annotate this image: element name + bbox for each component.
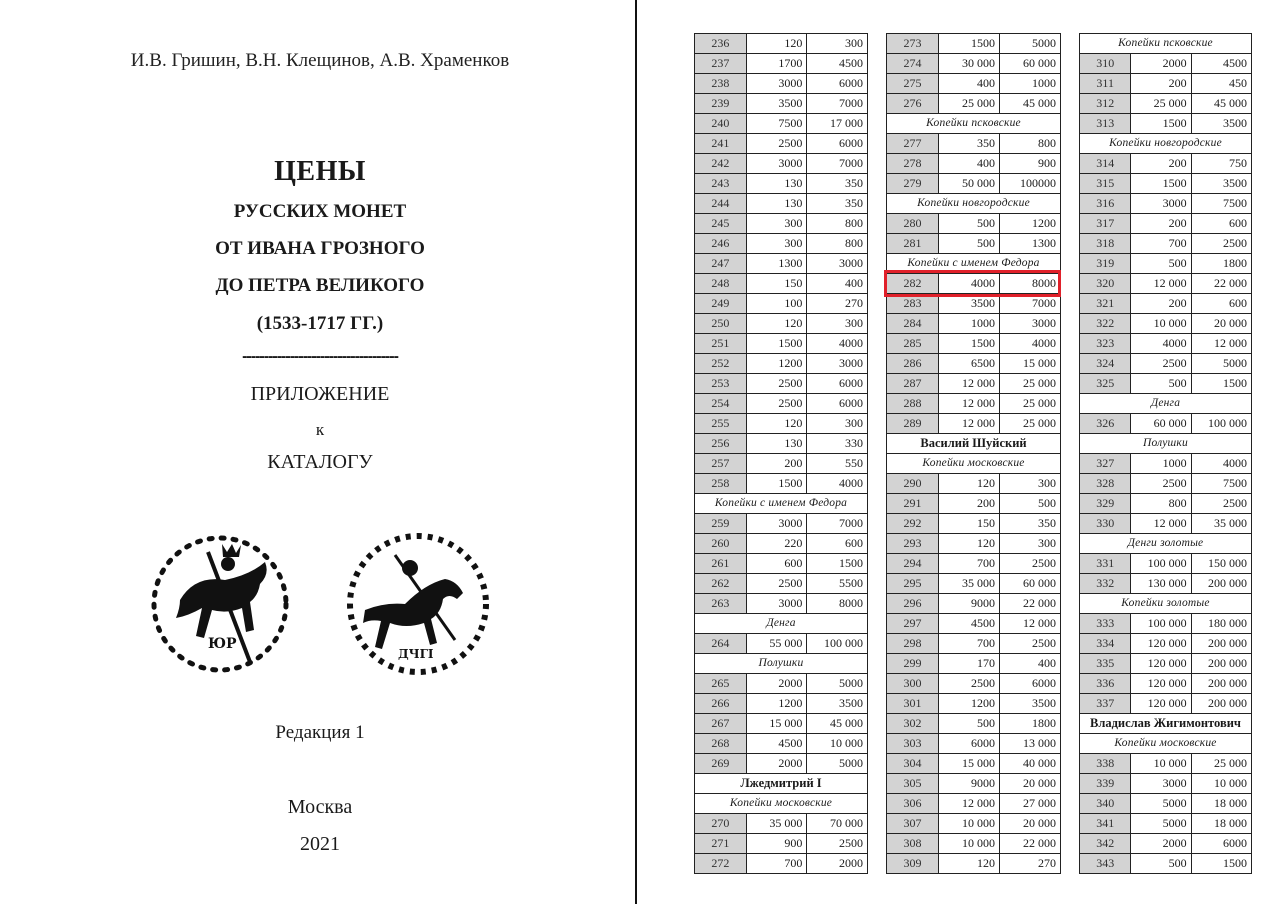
table-row: 3255001500	[1080, 374, 1252, 394]
price-low: 5000	[1131, 814, 1191, 834]
price-high: 750	[1191, 154, 1251, 174]
price-high: 5000	[1000, 34, 1061, 54]
catalog-number: 302	[887, 714, 939, 734]
price-low: 120	[746, 314, 807, 334]
catalog-number: 317	[1080, 214, 1131, 234]
table-row: 28240008000	[887, 274, 1061, 294]
price-low: 120	[746, 414, 807, 434]
price-high: 45 000	[1191, 94, 1251, 114]
price-high: 100 000	[807, 634, 868, 654]
table-row: 290120300	[887, 474, 1061, 494]
price-low: 120	[939, 474, 1000, 494]
catalog-number: 303	[887, 734, 939, 754]
price-low: 300	[746, 234, 807, 254]
table-row: 25930007000	[695, 514, 868, 534]
catalog-number: 266	[695, 694, 747, 714]
catalog-number: 318	[1080, 234, 1131, 254]
table-row: 28515004000	[887, 334, 1061, 354]
price-low: 2000	[746, 754, 807, 774]
price-low: 1500	[746, 474, 807, 494]
price-high: 1500	[807, 554, 868, 574]
ruler-heading: Лжедмитрий I	[695, 774, 868, 794]
catalog-number: 271	[695, 834, 747, 854]
catalog-number: 249	[695, 294, 747, 314]
catalog-number: 319	[1080, 254, 1131, 274]
section-row: Копейки золотые	[1080, 594, 1252, 614]
price-high: 300	[1000, 474, 1061, 494]
price-high: 7000	[807, 154, 868, 174]
section-row: Денга	[695, 614, 868, 634]
table-row: 25115004000	[695, 334, 868, 354]
catalog-number: 273	[887, 34, 939, 54]
catalog-number: 343	[1080, 854, 1131, 874]
separator: ------------------------------------	[0, 348, 640, 366]
table-row: 314200750	[1080, 154, 1252, 174]
price-high: 35 000	[1191, 514, 1251, 534]
subtitle-line-2: ОТ ИВАНА ГРОЗНОГО	[0, 238, 640, 260]
table-row: 236120300	[695, 34, 868, 54]
price-low: 500	[1131, 254, 1191, 274]
catalog-number: 331	[1080, 554, 1131, 574]
section-heading: Денга	[695, 614, 868, 634]
price-low: 800	[1131, 494, 1191, 514]
appendix-label: ПРИЛОЖЕНИЕ	[0, 383, 640, 406]
catalog-number: 321	[1080, 294, 1131, 314]
table-row: 250120300	[695, 314, 868, 334]
catalog-number: 312	[1080, 94, 1131, 114]
catalog-number: 336	[1080, 674, 1131, 694]
price-low: 120 000	[1131, 674, 1191, 694]
price-low: 700	[746, 854, 807, 874]
price-high: 100000	[1000, 174, 1061, 194]
catalog-number: 304	[887, 754, 939, 774]
price-high: 25 000	[1000, 394, 1061, 414]
price-high: 7000	[1000, 294, 1061, 314]
table-row: 24230007000	[695, 154, 868, 174]
price-low: 120 000	[1131, 694, 1191, 714]
section-heading: Копейки псковские	[887, 114, 1061, 134]
section-row: Копейки новгородские	[887, 194, 1061, 214]
coin-illustrations: ЮР ДЧГІ	[150, 530, 495, 680]
catalog-number: 279	[887, 174, 939, 194]
price-high: 1800	[1191, 254, 1251, 274]
catalog-number: 323	[1080, 334, 1131, 354]
catalog-number: 274	[887, 54, 939, 74]
table-row: 299170400	[887, 654, 1061, 674]
price-high: 500	[1000, 494, 1061, 514]
price-high: 200 000	[1191, 654, 1251, 674]
table-row: 2987002500	[887, 634, 1061, 654]
table-row: 334120 000200 000	[1080, 634, 1252, 654]
section-heading: Копейки московские	[695, 794, 868, 814]
table-row: 331100 000150 000	[1080, 554, 1252, 574]
price-low: 3500	[746, 94, 807, 114]
catalog-number: 284	[887, 314, 939, 334]
section-heading: Копейки московские	[1080, 734, 1252, 754]
table-row: 32710004000	[1080, 454, 1252, 474]
table-row: 309120270	[887, 854, 1061, 874]
catalog-number: 339	[1080, 774, 1131, 794]
section-heading: Копейки с именем Федора	[887, 254, 1061, 274]
table-row: 26612003500	[695, 694, 868, 714]
price-low: 1700	[746, 54, 807, 74]
table-row: 248150400	[695, 274, 868, 294]
catalog-number: 282	[887, 274, 939, 294]
catalog-number: 296	[887, 594, 939, 614]
price-high: 60 000	[1000, 54, 1061, 74]
price-high: 800	[1000, 134, 1061, 154]
price-low: 3500	[939, 294, 1000, 314]
price-high: 900	[1000, 154, 1061, 174]
price-low: 7500	[746, 114, 807, 134]
table-row: 303600013 000	[887, 734, 1061, 754]
table-row: 31020004500	[1080, 54, 1252, 74]
catalog-number: 301	[887, 694, 939, 714]
price-high: 7500	[1191, 194, 1251, 214]
price-high: 6000	[1191, 834, 1251, 854]
price-high: 600	[807, 534, 868, 554]
ruler-row: Лжедмитрий I	[695, 774, 868, 794]
section-heading: Копейки новгородские	[1080, 134, 1252, 154]
price-low: 10 000	[939, 834, 1000, 854]
catalog-number: 326	[1080, 414, 1131, 434]
price-low: 100 000	[1131, 554, 1191, 574]
price-high: 13 000	[1000, 734, 1061, 754]
catalog-number: 247	[695, 254, 747, 274]
price-low: 2500	[1131, 474, 1191, 494]
price-low: 50 000	[939, 174, 1000, 194]
catalog-number: 295	[887, 574, 939, 594]
price-high: 5000	[807, 754, 868, 774]
catalog-number: 237	[695, 54, 747, 74]
catalog-number: 338	[1080, 754, 1131, 774]
price-low: 3000	[746, 154, 807, 174]
price-high: 6000	[807, 394, 868, 414]
price-low: 4000	[939, 274, 1000, 294]
price-low: 1300	[746, 254, 807, 274]
price-high: 12 000	[1191, 334, 1251, 354]
price-high: 10 000	[807, 734, 868, 754]
table-row: 28812 00025 000	[887, 394, 1061, 414]
price-high: 22 000	[1000, 834, 1061, 854]
catalog-number: 300	[887, 674, 939, 694]
price-low: 25 000	[1131, 94, 1191, 114]
price-high: 2500	[1000, 554, 1061, 574]
table-row: 240750017 000	[695, 114, 868, 134]
price-high: 5000	[807, 674, 868, 694]
price-high: 7000	[807, 94, 868, 114]
price-low: 400	[939, 74, 1000, 94]
price-high: 7500	[1191, 474, 1251, 494]
price-low: 130 000	[1131, 574, 1191, 594]
table-row: 333100 000180 000	[1080, 614, 1252, 634]
catalog-number: 315	[1080, 174, 1131, 194]
price-high: 60 000	[1000, 574, 1061, 594]
table-row: 249100270	[695, 294, 868, 314]
table-row: 28335007000	[887, 294, 1061, 314]
title-page: И.В. Гришин, В.Н. Клещинов, А.В. Храменк…	[0, 0, 635, 904]
price-high: 22 000	[1000, 594, 1061, 614]
price-low: 150	[939, 514, 1000, 534]
price-high: 27 000	[1000, 794, 1061, 814]
table-row: 277350800	[887, 134, 1061, 154]
catalog-number: 334	[1080, 634, 1131, 654]
price-high: 18 000	[1191, 794, 1251, 814]
price-low: 350	[939, 134, 1000, 154]
price-high: 2500	[1191, 234, 1251, 254]
table-row: 336120 000200 000	[1080, 674, 1252, 694]
price-high: 4500	[1191, 54, 1251, 74]
subtitle-years: (1533-1717 ГГ.)	[0, 313, 640, 335]
price-low: 500	[939, 714, 1000, 734]
catalog-number: 253	[695, 374, 747, 394]
price-low: 9000	[939, 594, 1000, 614]
catalog-number: 297	[887, 614, 939, 634]
price-high: 12 000	[1000, 614, 1061, 634]
price-low: 700	[1131, 234, 1191, 254]
section-row: Копейки с именем Федора	[887, 254, 1061, 274]
table-row: 28410003000	[887, 314, 1061, 334]
price-high: 180 000	[1191, 614, 1251, 634]
table-row: 29535 00060 000	[887, 574, 1061, 594]
authors: И.В. Гришин, В.Н. Клещинов, А.В. Храменк…	[0, 50, 640, 72]
table-row: 337120 000200 000	[1080, 694, 1252, 714]
table-row: 25815004000	[695, 474, 868, 494]
catalog-number: 322	[1080, 314, 1131, 334]
catalog-number: 260	[695, 534, 747, 554]
catalog-number: 241	[695, 134, 747, 154]
catalog-number: 248	[695, 274, 747, 294]
price-low: 9000	[939, 774, 1000, 794]
table-row: 27950 000100000	[887, 174, 1061, 194]
price-high: 20 000	[1191, 314, 1251, 334]
catalog-number: 305	[887, 774, 939, 794]
subtitle-line-1: РУССКИХ МОНЕТ	[0, 201, 640, 223]
table-row: 32012 00022 000	[1080, 274, 1252, 294]
price-low: 4500	[746, 734, 807, 754]
price-high: 270	[807, 294, 868, 314]
price-low: 60 000	[1131, 414, 1191, 434]
table-row: 335120 000200 000	[1080, 654, 1252, 674]
table-row: 255120300	[695, 414, 868, 434]
catalog-number: 276	[887, 94, 939, 114]
table-row: 27315005000	[887, 34, 1061, 54]
table-row: 31225 00045 000	[1080, 94, 1252, 114]
table-row: 3187002500	[1080, 234, 1252, 254]
price-low: 12 000	[1131, 514, 1191, 534]
section-row: Полушки	[1080, 434, 1252, 454]
price-low: 30 000	[939, 54, 1000, 74]
price-high: 300	[807, 314, 868, 334]
price-high: 25 000	[1191, 754, 1251, 774]
table-row: 27625 00045 000	[887, 94, 1061, 114]
table-row: 341500018 000	[1080, 814, 1252, 834]
catalog-number: 341	[1080, 814, 1131, 834]
price-low: 2500	[746, 574, 807, 594]
price-table-2: 2731500500027430 00060 00027540010002762…	[886, 33, 1061, 874]
preposition: к	[0, 420, 640, 440]
catalog-number: 272	[695, 854, 747, 874]
table-row: 2616001500	[695, 554, 868, 574]
price-high: 25 000	[1000, 374, 1061, 394]
price-low: 12 000	[1131, 274, 1191, 294]
table-row: 25425006000	[695, 394, 868, 414]
price-high: 4000	[1191, 454, 1251, 474]
price-high: 1800	[1000, 714, 1061, 734]
price-low: 2000	[1131, 834, 1191, 854]
catalog-number: 243	[695, 174, 747, 194]
price-high: 200 000	[1191, 674, 1251, 694]
price-high: 550	[807, 454, 868, 474]
price-high: 1500	[1191, 374, 1251, 394]
subtitle-line-3: ДО ПЕТРА ВЕЛИКОГО	[0, 275, 640, 297]
price-low: 200	[1131, 74, 1191, 94]
price-low: 55 000	[746, 634, 807, 654]
price-high: 5000	[1191, 354, 1251, 374]
price-low: 120	[939, 534, 1000, 554]
price-high: 3500	[1191, 174, 1251, 194]
price-high: 6000	[807, 74, 868, 94]
section-heading: Полушки	[1080, 434, 1252, 454]
price-high: 450	[1191, 74, 1251, 94]
price-low: 15 000	[746, 714, 807, 734]
table-row: 297450012 000	[887, 614, 1061, 634]
price-high: 3500	[807, 694, 868, 714]
price-high: 3500	[1000, 694, 1061, 714]
price-high: 1500	[1191, 854, 1251, 874]
catalog-number: 288	[887, 394, 939, 414]
table-row: 26455 000100 000	[695, 634, 868, 654]
price-low: 1500	[1131, 174, 1191, 194]
catalog-number: 342	[1080, 834, 1131, 854]
edition: Редакция 1	[0, 722, 640, 744]
catalog-number: 294	[887, 554, 939, 574]
price-low: 220	[746, 534, 807, 554]
catalog-number: 309	[887, 854, 939, 874]
table-row: 32425005000	[1080, 354, 1252, 374]
price-high: 1000	[1000, 74, 1061, 94]
price-low: 1000	[939, 314, 1000, 334]
price-low: 900	[746, 834, 807, 854]
table-row: 28912 00025 000	[887, 414, 1061, 434]
table-row: 2719002500	[695, 834, 868, 854]
section-heading: Копейки золотые	[1080, 594, 1252, 614]
catalog-number: 245	[695, 214, 747, 234]
price-low: 700	[939, 634, 1000, 654]
section-row: Копейки новгородские	[1080, 134, 1252, 154]
price-high: 330	[807, 434, 868, 454]
price-low: 200	[746, 454, 807, 474]
catalog-number: 263	[695, 594, 747, 614]
price-low: 120	[939, 854, 1000, 874]
catalog-number: 328	[1080, 474, 1131, 494]
price-high: 17 000	[807, 114, 868, 134]
price-low: 100 000	[1131, 614, 1191, 634]
table-row: 2727002000	[695, 854, 868, 874]
publication-year: 2021	[0, 833, 640, 856]
catalog-number: 340	[1080, 794, 1131, 814]
table-row: 23717004500	[695, 54, 868, 74]
price-low: 5000	[1131, 794, 1191, 814]
catalog-number: 333	[1080, 614, 1131, 634]
catalog-number: 240	[695, 114, 747, 134]
book-title: ЦЕНЫ	[0, 156, 640, 188]
price-high: 600	[1191, 214, 1251, 234]
price-high: 5500	[807, 574, 868, 594]
ruler-heading: Владислав Жигимонтович	[1080, 714, 1252, 734]
price-table-3: Копейки псковские31020004500311200450312…	[1079, 33, 1252, 874]
price-high: 2000	[807, 854, 868, 874]
table-row: 31630007500	[1080, 194, 1252, 214]
table-row: 26920005000	[695, 754, 868, 774]
table-row: 24125006000	[695, 134, 868, 154]
catalog-label: КАТАЛОГУ	[0, 451, 640, 474]
price-high: 300	[807, 34, 868, 54]
price-low: 120 000	[1131, 634, 1191, 654]
price-low: 500	[939, 234, 1000, 254]
price-high: 200 000	[1191, 574, 1251, 594]
price-high: 8000	[807, 594, 868, 614]
catalog-number: 261	[695, 554, 747, 574]
catalog-number: 311	[1080, 74, 1131, 94]
table-row: 296900022 000	[887, 594, 1061, 614]
price-low: 2500	[1131, 354, 1191, 374]
catalog-number: 307	[887, 814, 939, 834]
catalog-number: 330	[1080, 514, 1131, 534]
table-row: 2754001000	[887, 74, 1061, 94]
table-row: 2815001300	[887, 234, 1061, 254]
section-heading: Полушки	[695, 654, 868, 674]
price-high: 15 000	[1000, 354, 1061, 374]
price-table-1: 2361203002371700450023830006000239350070…	[694, 33, 868, 874]
price-high: 6000	[807, 134, 868, 154]
catalog-number: 252	[695, 354, 747, 374]
catalog-number: 337	[1080, 694, 1131, 714]
catalog-number: 236	[695, 34, 747, 54]
catalog-number: 269	[695, 754, 747, 774]
price-low: 700	[939, 554, 1000, 574]
price-high: 400	[807, 274, 868, 294]
table-row: 30025006000	[887, 674, 1061, 694]
price-low: 1500	[939, 334, 1000, 354]
price-high: 4000	[807, 474, 868, 494]
ruler-heading: Василий Шуйский	[887, 434, 1061, 454]
catalog-number: 259	[695, 514, 747, 534]
price-low: 15 000	[939, 754, 1000, 774]
table-row: 2947002500	[887, 554, 1061, 574]
price-low: 300	[746, 214, 807, 234]
catalog-number: 308	[887, 834, 939, 854]
price-high: 4500	[807, 54, 868, 74]
price-low: 100	[746, 294, 807, 314]
price-high: 10 000	[1191, 774, 1251, 794]
price-high: 18 000	[1191, 814, 1251, 834]
price-low: 400	[939, 154, 1000, 174]
table-row: 2805001200	[887, 214, 1061, 234]
table-row: 30810 00022 000	[887, 834, 1061, 854]
price-low: 2500	[746, 394, 807, 414]
price-high: 70 000	[807, 814, 868, 834]
table-row: 246300800	[695, 234, 868, 254]
table-row: 268450010 000	[695, 734, 868, 754]
table-row: 24713003000	[695, 254, 868, 274]
table-row: 332130 000200 000	[1080, 574, 1252, 594]
ruler-row: Владислав Жигимонтович	[1080, 714, 1252, 734]
price-high: 3500	[1191, 114, 1251, 134]
catalog-number: 244	[695, 194, 747, 214]
price-high: 20 000	[1000, 814, 1061, 834]
table-row: 26520005000	[695, 674, 868, 694]
